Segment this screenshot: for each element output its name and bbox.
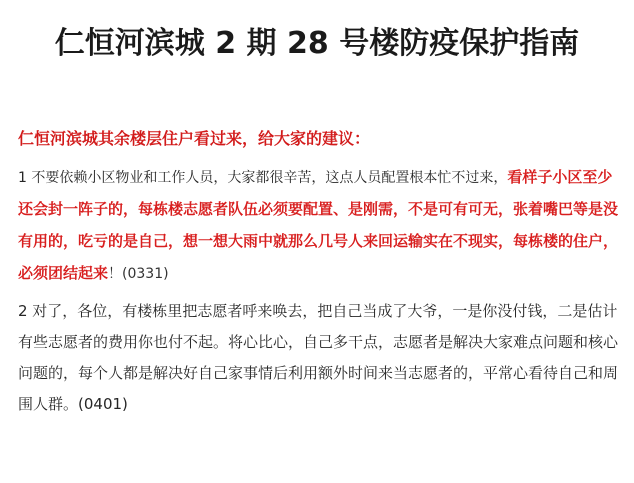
paragraph-1-text: 1 不要依赖小区物业和工作人员，大家都很辛苦，这点人员配置根本忙不过来， xyxy=(18,170,507,186)
paragraph-1-date-tag: ！(0331) xyxy=(108,266,169,282)
document-title: 仁恒河滨城 2 期 28 号楼防疫保护指南 xyxy=(0,18,634,62)
paragraph-2-text: 2 对了，各位，有楼栋里把志愿者呼来唤去，把自己当成了大爷，一是你没付钱，二是估… xyxy=(18,302,618,413)
document-body: 仁恒河滨城其余楼层住户看过来，给大家的建议： 1 不要依赖小区物业和工作人员，大… xyxy=(18,128,622,420)
section-heading: 仁恒河滨城其余楼层住户看过来，给大家的建议： xyxy=(18,128,622,150)
paragraph-1: 1 不要依赖小区物业和工作人员，大家都很辛苦，这点人员配置根本忙不过来，看样子小… xyxy=(18,162,622,290)
paragraph-2: 2 对了，各位，有楼栋里把志愿者呼来唤去，把自己当成了大爷，一是你没付钱，二是估… xyxy=(18,296,622,420)
